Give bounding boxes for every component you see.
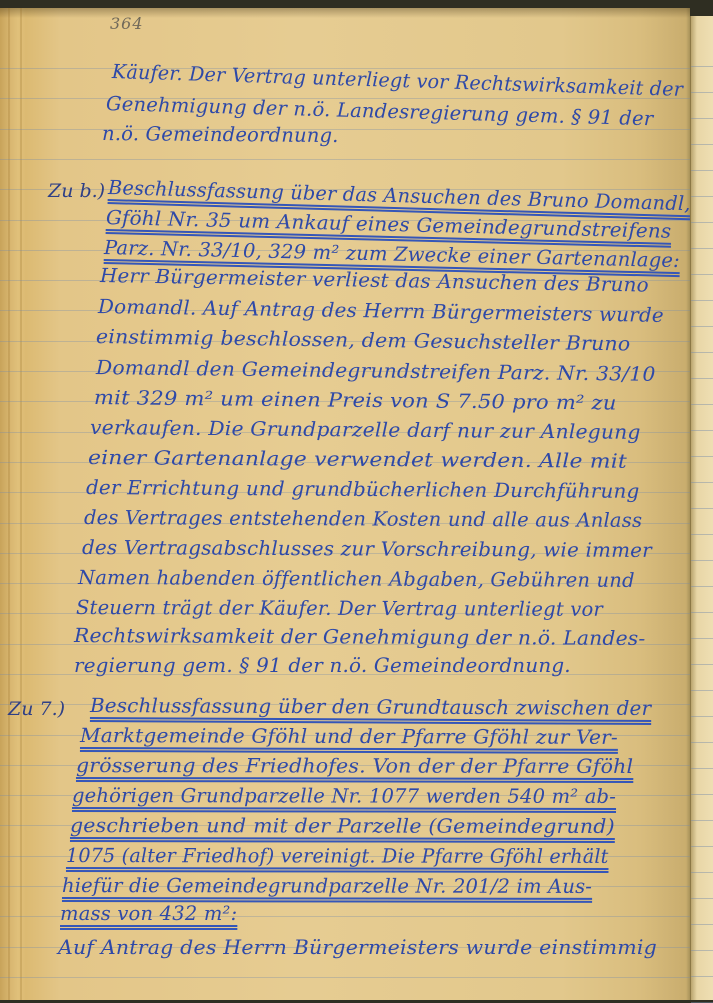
body-line: des Vertragsabschlusses zur Vorschreibun… bbox=[82, 536, 652, 562]
heading-line: geschrieben und mit der Parzelle (Gemein… bbox=[70, 814, 615, 838]
ruled-line bbox=[691, 144, 713, 145]
ruled-line bbox=[691, 118, 713, 119]
ruled-line bbox=[691, 612, 713, 613]
ruled-line bbox=[691, 196, 713, 197]
body-line: Steuern trägt der Käufer. Der Vertrag un… bbox=[76, 596, 603, 621]
body-line: regierung gem. § 91 der n.ö. Gemeindeord… bbox=[74, 654, 571, 677]
next-page-edge bbox=[690, 16, 713, 1000]
text-line: n.ö. Gemeindeordnung. bbox=[102, 122, 339, 147]
ruled-line bbox=[691, 456, 713, 457]
ruled-line bbox=[691, 638, 713, 639]
heading-line: Beschlussfassung über den Grundtausch zw… bbox=[90, 694, 651, 720]
heading-line: grösserung des Friedhofes. Von der der P… bbox=[76, 754, 633, 778]
heading-line: gehörigen Grundparzelle Nr. 1077 werden … bbox=[72, 784, 616, 808]
ruled-line bbox=[691, 430, 713, 431]
ruled-line bbox=[691, 404, 713, 405]
ruled-line bbox=[691, 352, 713, 353]
body-line: Namen habenden öffentlichen Abgaben, Geb… bbox=[78, 566, 635, 592]
ruled-line bbox=[691, 222, 713, 223]
ruled-line bbox=[691, 664, 713, 665]
page-number: 364 bbox=[110, 14, 144, 33]
ruled-line bbox=[691, 560, 713, 561]
item-b-label: Zu b.) bbox=[48, 180, 105, 202]
heading-line: Marktgemeinde Gföhl und der Pfarre Gföhl… bbox=[80, 724, 618, 749]
body-line: Domandl. Auf Antrag des Herrn Bürgermeis… bbox=[98, 295, 664, 327]
ruled-line bbox=[691, 170, 713, 171]
ruled-line bbox=[691, 716, 713, 717]
ruled-line bbox=[691, 872, 713, 873]
body-line: des Vertrages entstehenden Kosten und al… bbox=[84, 506, 642, 532]
body-line: einer Gartenanlage verwendet werden. All… bbox=[88, 446, 627, 473]
ruled-line bbox=[691, 950, 713, 951]
item-7-label: Zu 7.) bbox=[8, 698, 65, 720]
ruled-line bbox=[691, 534, 713, 535]
ruled-line bbox=[691, 898, 713, 899]
body-line: der Errichtung und grundbücherlichen Dur… bbox=[86, 476, 640, 503]
ruled-line bbox=[691, 976, 713, 977]
page-shadow bbox=[0, 8, 690, 18]
heading-line: 1075 (alter Friedhof) vereinigt. Die Pfa… bbox=[66, 844, 609, 868]
ruled-line bbox=[691, 66, 713, 67]
ruled-line bbox=[691, 378, 713, 379]
ruled-line bbox=[0, 977, 690, 978]
ruled-line bbox=[691, 794, 713, 795]
notebook-page: 364 Käufer. Der Vertrag unterliegt vor R… bbox=[0, 8, 690, 1000]
ruled-line bbox=[691, 690, 713, 691]
ruled-line bbox=[691, 482, 713, 483]
ruled-line bbox=[691, 768, 713, 769]
body-line: einstimmig beschlossen, dem Gesuchstelle… bbox=[96, 325, 631, 355]
gutter-line bbox=[8, 8, 10, 1000]
ruled-line bbox=[0, 159, 690, 160]
ruled-line bbox=[691, 508, 713, 509]
ruled-line bbox=[691, 820, 713, 821]
ruled-line bbox=[691, 924, 713, 925]
ruled-line bbox=[691, 742, 713, 743]
body-line: Domandl den Gemeindegrundstreifen Parz. … bbox=[96, 356, 656, 386]
ruled-line bbox=[691, 300, 713, 301]
heading-line: mass von 432 m²: bbox=[60, 902, 237, 925]
ruled-line bbox=[691, 248, 713, 249]
ruled-line bbox=[691, 846, 713, 847]
body-line: mit 329 m² um einen Preis von S 7.50 pro… bbox=[94, 386, 617, 414]
gutter-line bbox=[20, 8, 22, 1000]
heading-line: hiefür die Gemeindegrundparzelle Nr. 201… bbox=[62, 874, 592, 898]
ruled-line bbox=[691, 326, 713, 327]
body-line: Rechtswirksamkeit der Genehmigung der n.… bbox=[74, 624, 646, 650]
ruled-line bbox=[691, 586, 713, 587]
body-line: Auf Antrag des Herrn Bürgermeisters wurd… bbox=[58, 936, 657, 959]
ruled-line bbox=[691, 274, 713, 275]
body-line: verkaufen. Die Grundparzelle darf nur zu… bbox=[90, 416, 641, 444]
ruled-line bbox=[691, 92, 713, 93]
